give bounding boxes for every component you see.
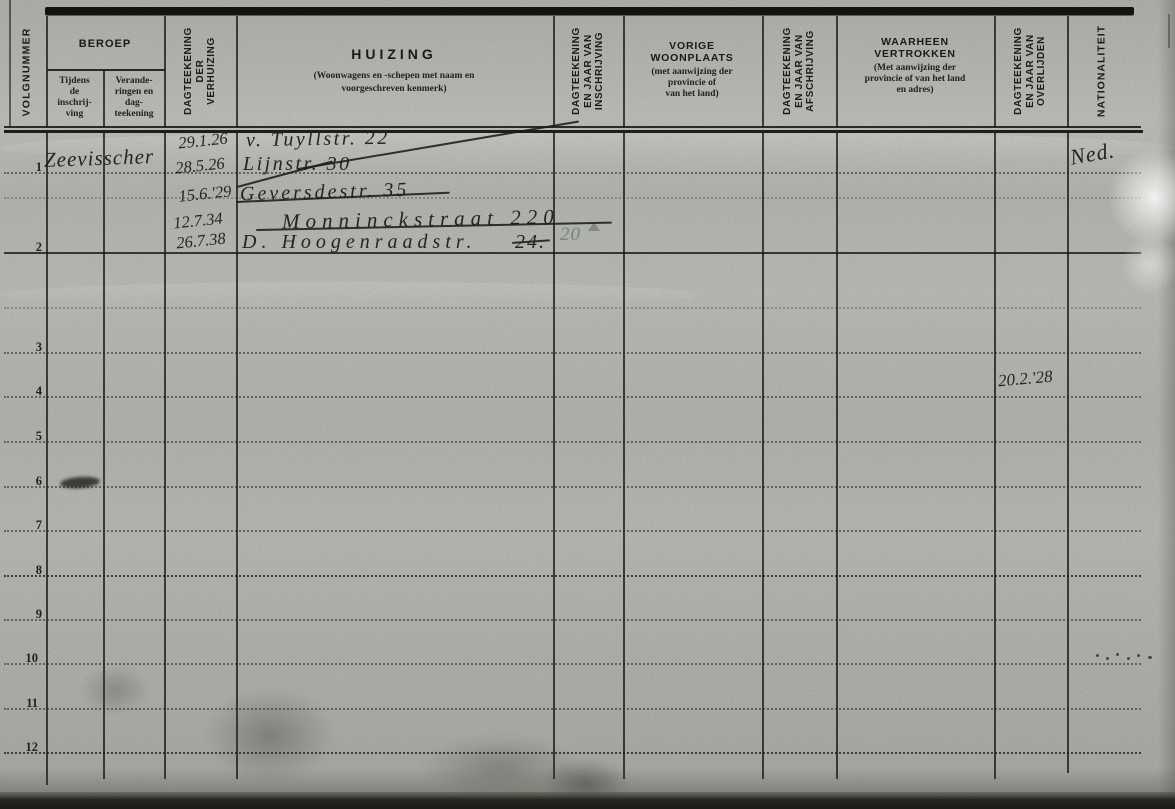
column-header-vorige-woonplaats: VORIGE WOONPLAATS [632,40,752,64]
smudge [80,665,150,715]
entry-address: Monninckstraat 220 [282,205,560,235]
header-bottom-rule [4,126,1141,128]
page-edge-line-left [9,0,11,127]
column-header-nationaliteit: NATIONALITEIT [1096,25,1108,117]
entry-house-number-new: 20 [560,224,581,246]
column-header-dagteekening-overlijden: DAGTEEKENING EN JAAR VAN OVERLIJDEN [1013,27,1048,115]
row-line [4,441,1141,443]
row-line [4,619,1141,621]
column-subheader-huizing: (Woonwagens en -schepen met naam en voor… [254,70,534,95]
subcolumn-header-tijdens-inschrijving: Tijdens de inschrij- ving [48,76,101,120]
entry-address: v. Tuyllstr. 22 [246,127,390,153]
column-divider [762,133,764,779]
row-number: 11 [0,696,38,711]
column-divider [553,133,555,779]
entry-address: Geversdestr. 35 [240,179,410,206]
column-divider [236,16,238,127]
row-line [4,396,1141,398]
subcolumn-header-veranderingen: Verande- ringen en dag- teekening [105,76,163,120]
column-divider [762,16,764,127]
row-number: 6 [4,474,42,489]
entry-address: D. Hoogenraadstr. [242,231,476,254]
entry-overlijden-date: 20.2.'28 [997,367,1053,392]
row-number: 12 [0,740,38,755]
column-divider [994,133,996,779]
light-reflection-spot [1108,148,1175,246]
column-divider [1067,133,1069,773]
row-number: 8 [4,563,42,578]
row-number: 1 [4,160,42,175]
row-line [4,575,1141,577]
row-number: 2 [4,240,42,255]
column-header-huizing: HUIZING [294,46,494,62]
column-divider [1067,16,1069,127]
column-divider [553,16,555,127]
ink-speck [1116,653,1119,656]
row-line [4,530,1141,532]
column-header-beroep: BEROEP [64,38,146,50]
header-top-rule [45,7,1134,15]
column-subheader-vorige-woonplaats: (met aanwijzing der provincie of van het… [632,67,752,100]
column-divider [623,16,625,127]
row-number: 10 [0,651,38,666]
column-header-dagteekening-verhuizing: DAGTEEKENING DER VERHUIZING [183,27,218,115]
column-header-dagteekening-afschrijving: DAGTEEKENING EN JAAR VAN AFSCHRIJVING [782,27,817,115]
column-divider [994,16,996,127]
header-bottom-rule [4,130,1143,133]
entry-beroep: Zeevisscher [44,144,155,173]
entry-verhuizing-date: 15.6.'29 [167,180,243,208]
beroep-sub-rule [47,69,165,71]
light-reflection-spot [1120,235,1175,295]
right-edge-shading [1158,0,1175,809]
ink-speck [1148,656,1152,659]
column-header-dagteekening-inschrijving: DAGTEEKENING EN JAAR VAN INSCHRIJVING [571,27,606,115]
row-line [4,352,1141,354]
row-number: 4 [4,384,42,399]
row-line [4,486,1141,488]
column-divider [836,133,838,779]
ink-speck [1096,654,1099,657]
scan-vignette [0,0,1175,809]
column-divider [623,133,625,779]
row-line [4,663,1141,665]
row-number: 5 [4,429,42,444]
ink-speck [1127,657,1130,660]
row-number: 9 [4,607,42,622]
row-line [4,307,1141,309]
ink-speck [1106,657,1109,660]
scanned-register-page: { "colors": { "paper": "#b4b8b0", "ink":… [0,0,1175,809]
entry-address: Lijnstr. 30 [243,153,352,176]
column-divider [46,133,48,785]
column-divider [836,16,838,127]
ink-speck [1137,654,1140,657]
paper-grain-texture [0,0,1175,809]
column-divider [164,16,166,127]
bottom-edge-shadow [0,768,1175,794]
column-subheader-waarheen-vertrokken: (Met aanwijzing der provincie of van het… [845,63,985,96]
column-header-volgnummer: VOLGNUMMER [21,28,33,117]
row-number: 3 [4,340,42,355]
row-line [4,708,1141,710]
column-header-waarheen-vertrokken: WAARHEEN VERTROKKEN [855,36,975,60]
scan-bottom-band [0,792,1175,809]
light-exposure-band [0,282,700,308]
row-number: 7 [4,518,42,533]
